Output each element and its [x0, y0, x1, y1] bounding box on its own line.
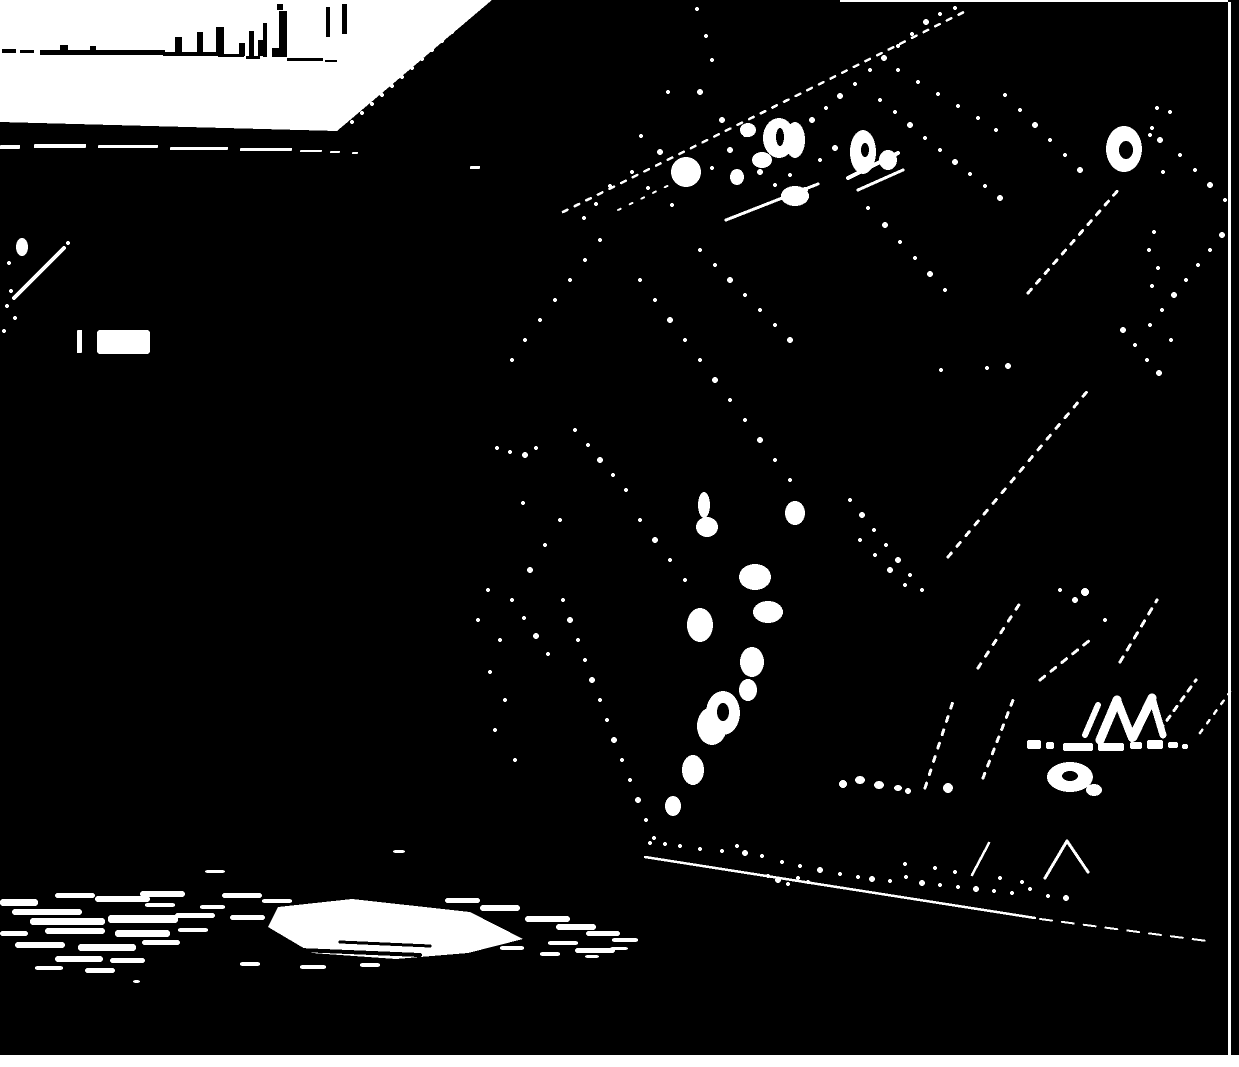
- ledge-highlight-dash: [1182, 744, 1188, 749]
- speckle: [1072, 597, 1078, 603]
- speckle: [638, 278, 642, 282]
- speckle: [1048, 138, 1052, 142]
- floor-reflection-wisp: [445, 898, 480, 903]
- speckle: [895, 557, 901, 563]
- blob-dark-hole: [776, 128, 784, 146]
- speckle: [896, 44, 900, 48]
- speckle: [938, 12, 942, 16]
- highlight-blob: [682, 755, 704, 785]
- floor-speck: [904, 875, 908, 879]
- floor-reflection-streak: [205, 870, 225, 873]
- floor-speck: [735, 844, 739, 848]
- ledge-line-segment: [40, 50, 165, 55]
- ledge-highlight-dash: [1130, 742, 1142, 749]
- highlight-blob: [698, 492, 710, 518]
- floor-reflection-wisp: [525, 916, 570, 922]
- floor-reflection-streak: [393, 850, 405, 853]
- floor-speck: [838, 872, 842, 876]
- speckle: [859, 512, 865, 518]
- ledge-line-segment: [90, 46, 96, 51]
- speckle: [598, 238, 602, 242]
- silhouette-object: [263, 23, 267, 57]
- speckle: [653, 298, 657, 302]
- beam-edge-dot: [440, 39, 444, 43]
- beam-edge-dot: [430, 48, 434, 52]
- highlight-blob: [665, 796, 681, 816]
- silhouette-object: [197, 32, 203, 55]
- floor-speck: [798, 864, 802, 868]
- speckle: [576, 638, 580, 642]
- beam-edge-dot: [470, 12, 474, 16]
- speckle: [719, 117, 725, 123]
- speckle: [687, 177, 693, 183]
- floor-speck: [973, 886, 979, 892]
- speckle: [558, 518, 562, 522]
- speckle: [923, 136, 927, 140]
- photo-dark-base: [0, 0, 1239, 1055]
- speckle: [486, 588, 490, 592]
- speckle: [698, 248, 702, 252]
- speckle: [1148, 323, 1152, 327]
- silhouette-object: [342, 4, 347, 34]
- floor-speck: [938, 883, 942, 887]
- speckle: [956, 104, 960, 108]
- speckle: [898, 240, 902, 244]
- ledge-line-segment: [2, 49, 16, 53]
- speckle: [837, 93, 843, 99]
- floor-reflection-wisp: [575, 948, 615, 953]
- ledge-line-segment: [20, 50, 34, 53]
- floor-speck: [720, 849, 724, 853]
- speckle: [887, 567, 893, 573]
- speckle: [510, 598, 514, 602]
- speckle: [1150, 284, 1154, 288]
- floor-reflection-wisp: [540, 952, 560, 956]
- speckle: [953, 6, 957, 10]
- silhouette-object: [175, 37, 182, 54]
- silhouette-object: [239, 43, 245, 56]
- highlight-blob: [943, 783, 953, 793]
- speckle: [567, 617, 573, 623]
- speckle: [586, 443, 590, 447]
- speckle: [583, 258, 587, 262]
- speckle: [809, 117, 815, 123]
- speckle: [818, 158, 822, 162]
- speckle: [522, 616, 526, 620]
- speckle: [743, 133, 747, 137]
- speckle: [644, 818, 648, 822]
- floor-reflection-streak: [78, 944, 136, 951]
- silhouette-object: [277, 4, 283, 10]
- floor-reflection-streak: [108, 915, 178, 923]
- speckle: [561, 598, 565, 602]
- highlight-blob: [839, 780, 847, 788]
- speckle: [523, 338, 527, 342]
- speckle: [594, 202, 598, 206]
- speckle: [510, 358, 514, 362]
- speckle: [635, 797, 641, 803]
- wall-speck: [7, 261, 11, 265]
- speckle: [698, 358, 702, 362]
- floor-speck: [698, 847, 702, 851]
- ledge-line-segment: [60, 45, 68, 51]
- floor-reflection-streak: [240, 962, 260, 966]
- speckle: [683, 338, 687, 342]
- speckle: [1196, 263, 1200, 267]
- speckle: [493, 728, 497, 732]
- speckle: [824, 106, 828, 110]
- speckle: [873, 553, 877, 557]
- speckle: [994, 128, 998, 132]
- speckle: [882, 222, 888, 228]
- speckle: [1145, 358, 1149, 362]
- floor-speck: [998, 876, 1002, 880]
- speckle: [508, 450, 512, 454]
- speckle: [639, 134, 643, 138]
- speckle: [727, 147, 733, 153]
- beam-highlight-dash: [170, 147, 228, 150]
- speckle: [1193, 168, 1197, 172]
- silhouette-object: [216, 27, 224, 55]
- speckle: [704, 34, 708, 38]
- speckle: [1005, 363, 1011, 369]
- speckle: [628, 778, 632, 782]
- speckle: [527, 567, 533, 573]
- speckle: [605, 718, 609, 722]
- floor-reflection-wisp: [610, 947, 628, 950]
- beam-highlight-dash: [240, 148, 292, 151]
- speckle: [939, 368, 943, 372]
- speckle: [488, 670, 492, 674]
- floor-speck: [780, 860, 784, 864]
- floor-reflection-streak: [12, 909, 82, 915]
- speckle: [1207, 182, 1213, 188]
- speckle: [832, 145, 838, 151]
- floor-speck: [869, 876, 875, 882]
- blob-dark-hole: [1119, 141, 1133, 159]
- highlight-blob: [1086, 784, 1102, 796]
- wall-light-blob: [16, 238, 28, 256]
- silhouette-object: [272, 48, 280, 57]
- wall-speck: [5, 304, 9, 308]
- floor-speck: [992, 889, 996, 893]
- speckle: [884, 543, 888, 547]
- floor-reflection-wisp: [455, 940, 485, 945]
- right-border-line: [1228, 2, 1231, 1055]
- highlight-blob: [687, 608, 713, 642]
- floor-speck: [678, 844, 682, 848]
- wall-speck: [13, 316, 17, 320]
- speckle: [543, 543, 547, 547]
- highlight-blob: [785, 122, 805, 158]
- speckle: [788, 478, 792, 482]
- speckle: [983, 184, 987, 188]
- wall-speck: [9, 289, 13, 293]
- floor-reflection-streak: [45, 928, 105, 934]
- speckle: [910, 32, 914, 36]
- beam-highlight-dash: [330, 151, 340, 153]
- speckle: [853, 82, 857, 86]
- speckle: [1103, 618, 1107, 622]
- speckle: [638, 518, 642, 522]
- beam-highlight-dash: [98, 145, 158, 148]
- binarized-photo: [0, 0, 1239, 1067]
- floor-reflection-streak: [145, 903, 175, 907]
- speckle: [710, 166, 714, 170]
- speckle: [1018, 108, 1022, 112]
- speckle: [683, 578, 687, 582]
- speckle: [522, 452, 528, 458]
- speckle: [920, 588, 924, 592]
- highlight-blob: [730, 169, 744, 185]
- floor-reflection-streak: [142, 940, 180, 945]
- speckle: [1003, 93, 1007, 97]
- speckle: [583, 658, 587, 662]
- highlight-blob: [740, 123, 756, 137]
- beam-highlight-dash: [470, 166, 480, 169]
- speckle: [1032, 122, 1038, 128]
- speckle: [1133, 343, 1137, 347]
- speckle: [773, 183, 777, 187]
- highlight-blob: [874, 781, 884, 789]
- speckle: [668, 558, 672, 562]
- floor-reflection-wisp: [586, 931, 620, 936]
- speckle: [568, 278, 572, 282]
- speckle: [667, 317, 673, 323]
- speckle: [533, 633, 539, 639]
- speckle: [728, 398, 732, 402]
- speckle: [1157, 137, 1163, 143]
- speckle: [788, 173, 792, 177]
- wall-speck: [2, 329, 6, 333]
- highlight-blob: [905, 788, 911, 794]
- lit-sign-bar: [77, 330, 82, 353]
- speckle: [1063, 153, 1067, 157]
- speckle: [907, 122, 913, 128]
- beam-edge-dot: [460, 21, 464, 25]
- ledge-highlight-dash: [1046, 742, 1054, 749]
- floor-reflection-streak: [300, 965, 326, 969]
- floor-reflection-streak: [175, 913, 215, 918]
- floor-reflection-streak: [140, 891, 185, 897]
- speckle: [666, 90, 670, 94]
- speckle: [620, 758, 624, 762]
- speckle: [927, 271, 933, 277]
- highlight-blob: [696, 517, 718, 537]
- ledge-line-segment: [287, 58, 323, 61]
- floor-reflection-streak: [15, 942, 65, 948]
- floor-speck: [663, 842, 667, 846]
- floor-reflection-wisp: [585, 955, 599, 958]
- speckle: [1208, 248, 1212, 252]
- floor-reflection-wisp: [612, 938, 638, 942]
- ledge-highlight-dash: [1063, 743, 1093, 751]
- lit-sign: [97, 330, 150, 354]
- ledge-highlight-dash: [1147, 740, 1163, 749]
- speckle: [695, 7, 699, 11]
- speckle: [976, 116, 980, 120]
- speckle: [573, 428, 577, 432]
- floor-reflection-wisp: [548, 941, 578, 945]
- floor-reflection-streak: [230, 915, 265, 920]
- speckle: [521, 501, 525, 505]
- bottom-margin: [0, 1055, 1239, 1067]
- floor-speck: [953, 870, 957, 874]
- speckle: [498, 638, 502, 642]
- ledge-line-segment: [246, 56, 260, 59]
- floor-reflection-wisp: [556, 924, 596, 930]
- speckle: [476, 618, 480, 622]
- highlight-blob: [785, 501, 805, 525]
- speckle: [916, 80, 920, 84]
- floor-speck: [903, 862, 907, 866]
- floor-speck: [919, 880, 925, 886]
- speckle: [1156, 266, 1160, 270]
- highlight-blob: [753, 601, 783, 623]
- speckle: [858, 538, 862, 542]
- speckle: [597, 457, 603, 463]
- highlight-blob: [671, 157, 701, 187]
- speckle: [773, 458, 777, 462]
- floor-speck: [856, 875, 860, 879]
- beam-edge-dot: [350, 120, 354, 124]
- silhouette-object: [279, 11, 287, 57]
- speckle: [952, 159, 958, 165]
- floor-reflection-streak: [0, 899, 38, 906]
- highlight-blob: [740, 647, 764, 677]
- speckle: [611, 737, 617, 743]
- speckle: [1219, 232, 1225, 238]
- floor-speck: [648, 841, 652, 845]
- highlight-blob: [894, 785, 902, 791]
- speckle: [923, 19, 929, 25]
- speckle: [1160, 308, 1164, 312]
- speckle: [582, 216, 586, 220]
- floor-reflection-wisp: [480, 905, 520, 911]
- speckle: [943, 288, 947, 292]
- floor-speck: [1020, 880, 1024, 884]
- floor-speck: [1010, 891, 1014, 895]
- ledge-highlight-dash: [1168, 742, 1178, 748]
- floor-reflection-streak: [360, 963, 380, 967]
- speckle: [866, 206, 870, 210]
- highlight-blob: [879, 150, 897, 170]
- speckle: [787, 337, 793, 343]
- ledge-highlight-dash: [1098, 743, 1124, 751]
- speckle: [503, 698, 507, 702]
- floor-reflection-streak: [55, 956, 103, 962]
- speckle: [646, 186, 650, 190]
- beam-highlight-dash: [352, 152, 358, 154]
- beam-edge-dot: [390, 84, 394, 88]
- speckle: [553, 298, 557, 302]
- beam-edge-dot: [400, 75, 404, 79]
- floor-reflection-streak: [95, 896, 150, 902]
- floor-speck: [760, 854, 764, 858]
- floor-reflection-streak: [115, 930, 170, 937]
- floor-reflection-streak: [200, 905, 225, 909]
- speckle: [968, 172, 972, 176]
- floor-speck: [956, 885, 960, 889]
- floor-reflection-streak: [0, 931, 28, 936]
- wall-speck: [66, 241, 70, 245]
- speckle: [1155, 106, 1159, 110]
- ledge-line-segment: [325, 60, 337, 62]
- ledge-line-segment: [163, 52, 218, 56]
- speckle: [1171, 292, 1177, 298]
- speckle: [538, 318, 542, 322]
- speckle: [546, 652, 550, 656]
- speckle: [1147, 248, 1151, 252]
- speckle: [598, 698, 602, 702]
- speckle: [985, 366, 989, 370]
- beam-highlight-dash: [0, 145, 20, 149]
- blob-dark-hole: [1062, 771, 1078, 781]
- silhouette-object: [326, 7, 330, 37]
- speckle: [1178, 153, 1182, 157]
- beam-edge-dot: [478, 4, 482, 8]
- floor-reflection-streak: [85, 968, 115, 973]
- floor-reflection-streak: [133, 980, 140, 983]
- speckle: [513, 758, 517, 762]
- silhouette-object: [258, 40, 263, 56]
- blob-dark-hole: [861, 143, 869, 157]
- speckle: [893, 110, 897, 114]
- floor-reflection-streak: [30, 918, 105, 925]
- beam-highlight-dash: [300, 150, 322, 152]
- floor-speck: [1028, 887, 1032, 891]
- speckle: [1161, 170, 1165, 174]
- floor-reflection-streak: [178, 928, 208, 932]
- ledge-highlight-dash: [1027, 740, 1041, 749]
- beam-edge-dot: [380, 93, 384, 97]
- speckle: [757, 169, 763, 175]
- beam-edge-dot: [370, 102, 374, 106]
- speckle: [727, 277, 733, 283]
- speckle: [495, 446, 499, 450]
- speckle: [743, 418, 747, 422]
- silhouette-object: [249, 31, 254, 56]
- speckle: [624, 488, 628, 492]
- speckle: [710, 58, 714, 62]
- floor-reflection-streak: [35, 966, 63, 970]
- speckle: [743, 293, 747, 297]
- speckle: [534, 446, 538, 450]
- screenshot-root: [0, 0, 1239, 1067]
- speckle: [697, 89, 703, 95]
- speckle: [1152, 230, 1156, 234]
- speckle: [1156, 370, 1162, 376]
- speckle: [1148, 133, 1152, 137]
- speckle: [1081, 588, 1089, 596]
- speckle: [713, 263, 717, 267]
- speckle: [608, 184, 612, 188]
- floor-speck: [1046, 894, 1050, 898]
- speckle: [1058, 588, 1062, 592]
- speckle: [589, 677, 595, 683]
- floor-speck: [796, 876, 800, 880]
- speckle: [1120, 327, 1126, 333]
- floor-speck: [1063, 895, 1069, 901]
- speckle: [1223, 198, 1227, 202]
- speckle: [868, 68, 872, 72]
- floor-speck: [817, 867, 823, 873]
- speckle: [652, 537, 658, 543]
- speckle: [712, 377, 718, 383]
- speckle: [908, 573, 912, 577]
- speckle: [936, 92, 940, 96]
- speckle: [630, 170, 634, 174]
